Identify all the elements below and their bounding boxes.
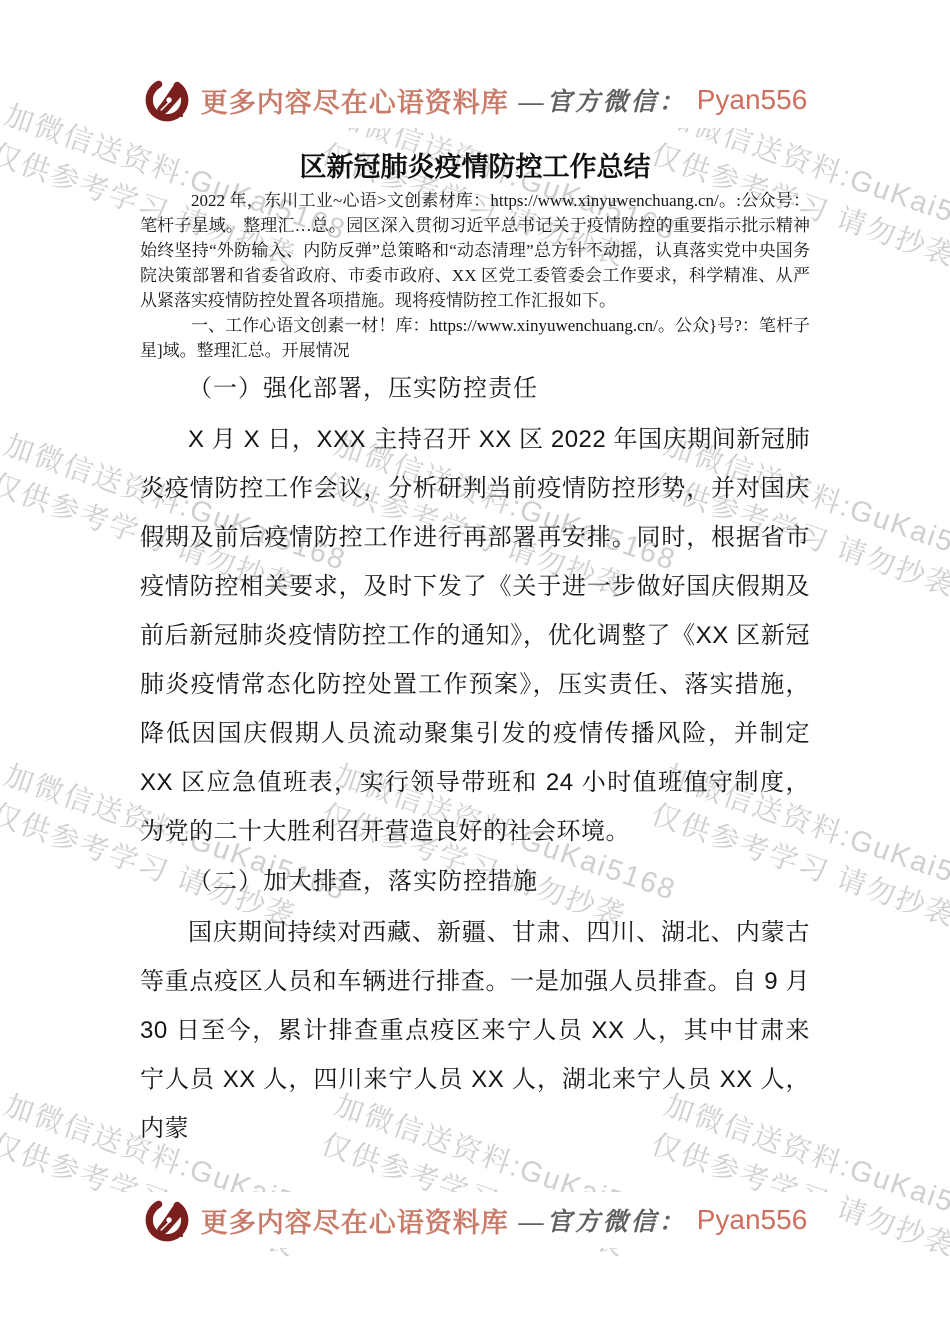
paragraph: （二）加大排查，落实防控措施	[140, 856, 810, 908]
document-title: 区新冠肺炎疫情防控工作总结	[140, 146, 810, 188]
footer-brand-text: 更多内容尽在心语资料库	[201, 1201, 509, 1240]
page-header: 更多内容尽在心语资料库 —官方微信： Pyan556	[0, 72, 950, 128]
paragraph: 国庆期间持续对西藏、新疆、甘肃、四川、湖北、内蒙古等重点疫区人员和车辆进行排查。…	[140, 908, 810, 1153]
footer-channel-label: —官方微信：	[519, 1202, 687, 1238]
header-wechat-id: Pyan556	[697, 84, 808, 116]
paragraphs-container: 2022 年，东川工业~心语>文创素材库：https://www.xinyuwe…	[140, 188, 810, 1153]
footer-banner: 更多内容尽在心语资料库 —官方微信： Pyan556	[115, 1192, 836, 1248]
document-page: 加微信送资料:GuKai5168仅供参考学习 请勿抄袭加微信送资料:GuKai5…	[0, 0, 950, 1344]
paragraph: （一）强化部署，压实防控责任	[140, 363, 810, 415]
document-body: 区新冠肺炎疫情防控工作总结 2022 年，东川工业~心语>文创素材库：https…	[140, 146, 810, 1153]
header-channel-label: —官方微信：	[519, 82, 687, 118]
header-brand-text: 更多内容尽在心语资料库	[201, 81, 509, 120]
pen-circle-icon	[143, 76, 191, 124]
header-banner: 更多内容尽在心语资料库 —官方微信： Pyan556	[115, 72, 836, 128]
paragraph: 2022 年，东川工业~心语>文创素材库：https://www.xinyuwe…	[140, 188, 810, 313]
pen-circle-icon	[143, 1196, 191, 1244]
paragraph: 一、工作心语文创素一材！库：https://www.xinyuwenchuang…	[140, 313, 810, 363]
footer-wechat-id: Pyan556	[697, 1204, 808, 1236]
paragraph: X 月 X 日，XXX 主持召开 XX 区 2022 年国庆期间新冠肺炎疫情防控…	[140, 415, 810, 856]
page-footer: 更多内容尽在心语资料库 —官方微信： Pyan556	[0, 1192, 950, 1248]
